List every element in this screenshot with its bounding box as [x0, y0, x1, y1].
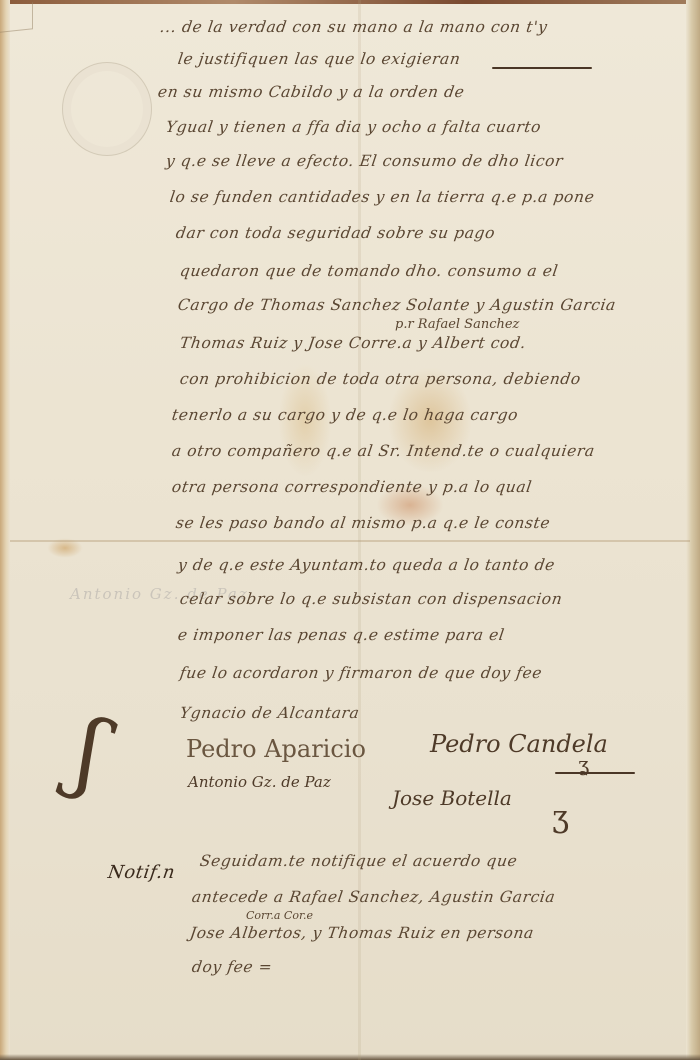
- notification-line-2: antecede a Rafael Sanchez, Agustin Garci…: [191, 888, 557, 906]
- manuscript-line-11: con prohibicion de toda otra persona, de…: [179, 370, 582, 388]
- manuscript-line-12: tenerlo a su cargo y de q.e lo haga carg…: [171, 406, 520, 424]
- manuscript-line-13: a otro compañero q.e al Sr. Intend.te o …: [171, 442, 596, 460]
- interlinear-note: p.r Rafael Sanchez: [395, 317, 519, 332]
- notification-margin-label: Notif.n: [107, 862, 177, 883]
- manuscript-page: Antonio Gz. de Paz ... de la verdad con …: [0, 0, 700, 1060]
- manuscript-line-8: quedaron que de tomando dho. consumo a e…: [179, 262, 560, 280]
- page-bottom-edge: [0, 1054, 700, 1060]
- manuscript-line-16: y de q.e este Ayuntam.to queda a lo tant…: [177, 556, 556, 574]
- manuscript-line-10: Thomas Ruiz y Jose Corre.a y Albert cod.: [179, 334, 528, 352]
- embossed-seal-icon: [62, 62, 152, 156]
- manuscript-line-14: otra persona correspondiente y p.a lo qu…: [171, 478, 533, 496]
- manuscript-line-7: dar con toda seguridad sobre su pago: [175, 224, 497, 242]
- folded-corner: [0, 2, 33, 32]
- manuscript-line-3: en su mismo Cabildo y a la orden de: [157, 83, 466, 101]
- margin-flourish-icon: ʃ: [62, 699, 118, 806]
- notification-superscript: Corr.a Cor.e: [246, 909, 313, 922]
- line-filler-stroke: [492, 67, 592, 69]
- manuscript-line-15: se les paso bando al mismo p.a q.e le co…: [175, 514, 552, 532]
- manuscript-line-17: celar sobre lo q.e subsistan con dispens…: [179, 590, 564, 608]
- manuscript-line-5: y q.e se lleve a efecto. El consumo de d…: [165, 152, 565, 170]
- manuscript-line-18: e imponer las penas q.e estime para el: [177, 626, 506, 644]
- signature-antonio: Antonio Gz. de Paz: [188, 773, 331, 791]
- notification-line-3: Jose Albertos, y Thomas Ruiz en persona: [189, 924, 536, 942]
- manuscript-line-1: ... de la verdad con su mano a la mano c…: [159, 18, 549, 36]
- signature-jose-botella: Jose Botella: [392, 786, 512, 810]
- horizontal-fold-crease: [10, 540, 690, 542]
- manuscript-line-4: Ygual y tienen a ffa dia y ocho a falta …: [165, 118, 543, 136]
- page-right-edge: [686, 0, 700, 1060]
- notification-line-1: Seguidam.te notifique el acuerdo que: [199, 852, 519, 870]
- notification-line-4: doy fee =: [191, 958, 274, 976]
- signature-pedro-aparicio: Pedro Aparicio: [186, 735, 366, 763]
- manuscript-line-6: lo se funden cantidades y en la tierra q…: [169, 188, 596, 206]
- rubric-flourish-icon-2: ʒ: [552, 800, 569, 835]
- manuscript-line-2: le justifiquen las que lo exigieran: [177, 50, 462, 68]
- page-top-edge: [0, 0, 700, 4]
- manuscript-line-20: Ygnacio de Alcantara: [179, 704, 361, 722]
- manuscript-line-19: fue lo acordaron y firmaron de que doy f…: [179, 664, 544, 682]
- page-left-edge: [0, 0, 10, 1060]
- manuscript-line-9: Cargo de Thomas Sanchez Solante y Agusti…: [177, 296, 617, 314]
- rubric-stroke: [555, 772, 635, 774]
